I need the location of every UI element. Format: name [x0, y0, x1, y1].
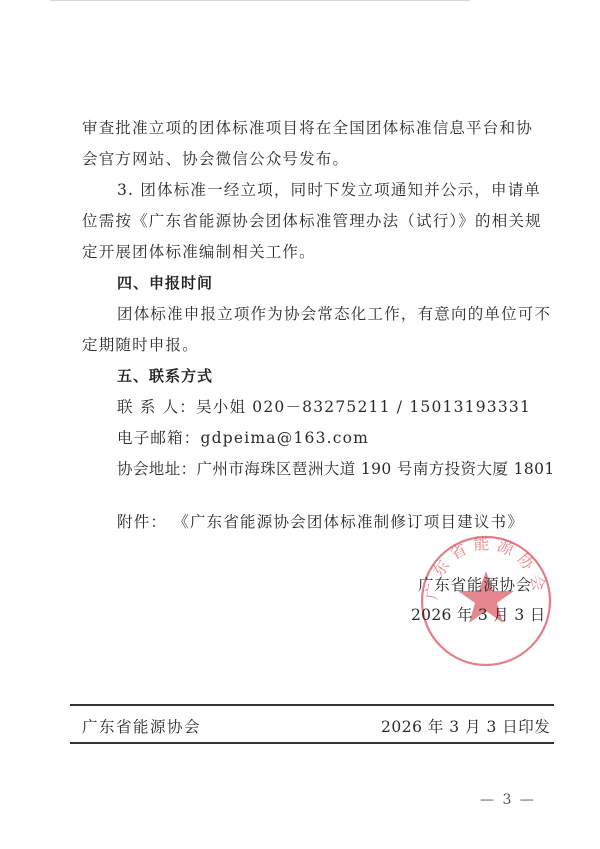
- body-line: 定期随时申报。: [82, 335, 199, 355]
- body-line: 位需按《广东省能源协会团体标准管理办法（试行）》的相关规: [82, 211, 542, 231]
- address-row: 协会地址：广州市海珠区琶洲大道 190 号南方投资大厦 1801: [117, 459, 555, 479]
- body-line: 会官方网站、协会微信公众号发布。: [82, 149, 349, 169]
- body-line: 定开展团体标准编制相关工作。: [82, 242, 316, 262]
- attachment-label: 附件：: [117, 513, 167, 531]
- section-heading-submission-time: 四、申报时间: [117, 273, 213, 293]
- footer-issuer: 广东省能源协会: [82, 715, 201, 737]
- address-label: 协会地址：: [117, 460, 197, 478]
- attachment-title: 《广东省能源协会团体标准制修订项目建议书》: [173, 513, 524, 531]
- attachment-row: 附件： 《广东省能源协会团体标准制修订项目建议书》: [117, 512, 524, 532]
- body-line: 3. 团体标准一经立项，同时下发立项通知并公示，申请单: [117, 180, 541, 200]
- body-line: 团体标准申报立项作为协会常态化工作，有意向的单位可不: [117, 304, 551, 324]
- signature-org: 广东省能源协会: [418, 575, 532, 595]
- email-label: 电子邮箱：: [117, 429, 201, 447]
- official-seal-icon: 广东省能源协会: [418, 533, 554, 669]
- contact-value: 吴小姐 020－83275211 / 15013193331: [196, 398, 531, 416]
- email-row: 电子邮箱：gdpeima@163.com: [117, 428, 369, 448]
- footer-top-rule: [70, 704, 554, 706]
- footer-issue-date: 2026 年 3 月 3 日印发: [381, 715, 550, 737]
- page-number: — 3 —: [480, 792, 536, 808]
- section-heading-contact: 五、联系方式: [117, 366, 213, 386]
- contact-label: 联 系 人：: [117, 398, 196, 416]
- contact-row: 联 系 人：吴小姐 020－83275211 / 15013193331: [117, 397, 531, 417]
- top-edge-rule: [50, 0, 470, 1]
- footer-bottom-rule: [70, 742, 554, 744]
- body-line: 审查批准立项的团体标准项目将在全国团体标准信息平台和协: [82, 118, 533, 138]
- email-value: gdpeima@163.com: [201, 429, 370, 447]
- signature-date: 2026 年 3 月 3 日: [411, 605, 546, 625]
- address-value: 广州市海珠区琶洲大道 190 号南方投资大厦 1801: [197, 460, 555, 478]
